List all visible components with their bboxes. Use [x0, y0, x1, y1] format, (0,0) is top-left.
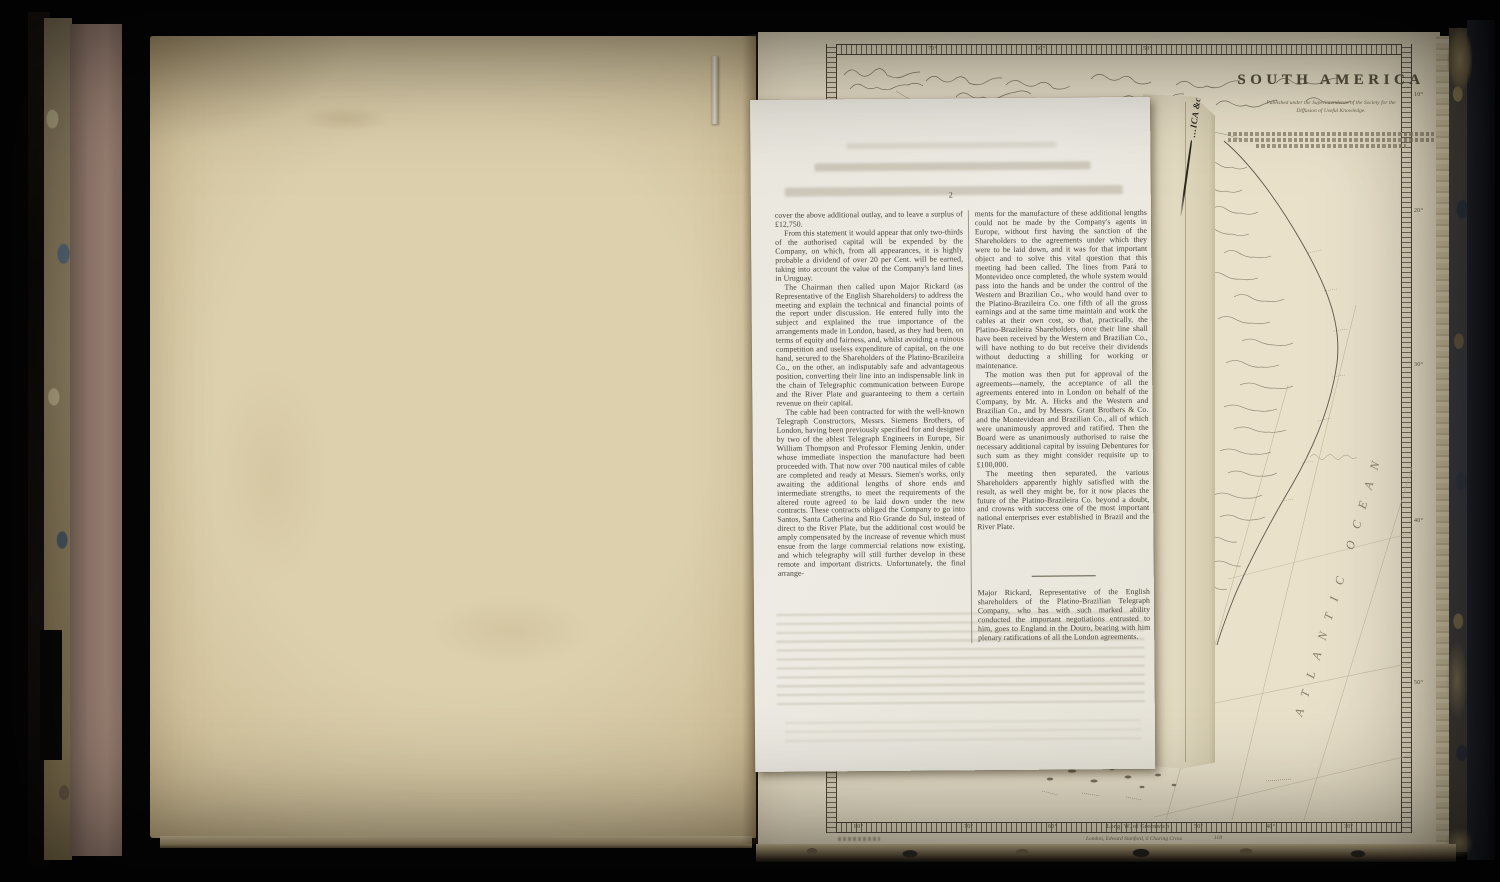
- map-imprint-publisher: London, Edward Stanford, 6 Charing Cross: [1054, 836, 1214, 842]
- longitude-label: 60°: [1048, 824, 1057, 830]
- clipping-right-upper: ments for the manufacture of these addit…: [975, 209, 1150, 533]
- show-through-text: [776, 611, 1145, 712]
- greenwich-caption: Long. W. of Greenwich: [1088, 824, 1188, 830]
- protruding-page-edge: [711, 56, 718, 124]
- map-legend-microtext: [1228, 138, 1434, 142]
- map-border-top: [836, 44, 1412, 55]
- map-plate-number: 118: [1214, 835, 1222, 841]
- map-legend-microtext: [1228, 132, 1434, 136]
- page-stain: [210, 366, 330, 586]
- clipping-columns: cover the above additional outlay, and t…: [775, 209, 1150, 645]
- longitude-label: 40°: [1266, 824, 1275, 830]
- column-divider: [968, 210, 972, 643]
- longitude-label: 80°: [854, 824, 863, 830]
- longitude-label: 70°: [928, 46, 937, 52]
- left-page-top-edge: [168, 24, 728, 38]
- clipping-column-left: cover the above additional outlay, and t…: [775, 210, 966, 644]
- map-subtitle: Published under the Superintendence of t…: [1216, 100, 1446, 106]
- map-imprint-left: [838, 837, 880, 841]
- latitude-label: 10°: [1414, 92, 1423, 98]
- latitude-label: 50°: [1414, 680, 1423, 686]
- map-title: SOUTH AMERICA: [1226, 72, 1436, 89]
- right-page-top-edge: [760, 22, 1432, 34]
- left-cover-gap: [40, 630, 62, 760]
- latitude-label: 40°: [1414, 518, 1423, 524]
- map-subtitle: Diffusion of Useful Knowledge.: [1216, 108, 1446, 114]
- longitude-label: 60°: [1036, 46, 1045, 52]
- right-page-bottom-edge: [756, 844, 1456, 862]
- section-rule: [1032, 576, 1096, 578]
- longitude-label: 70°: [964, 824, 973, 830]
- left-blank-page: [150, 36, 756, 838]
- latitude-label: 20°: [1414, 208, 1423, 214]
- longitude-label: 50°: [1143, 46, 1152, 52]
- longitude-label: 50°: [1194, 824, 1203, 830]
- left-page-block-edges: [120, 30, 154, 852]
- book-photo-stage: 70° 60° 50° 80° 70° 60° 50° 40° 30° Long…: [0, 0, 1500, 882]
- left-cover-turn-in: [70, 24, 122, 856]
- clipping-column-right: ments for the manufacture of these addit…: [975, 209, 1151, 643]
- worn-cover-patch: [1446, 640, 1468, 720]
- map-legend-microtext: [1256, 144, 1406, 148]
- latitude-label: 30°: [1414, 362, 1423, 368]
- page-corner-shading: [150, 36, 370, 166]
- show-through-text: [785, 719, 1141, 748]
- page-stain: [300, 106, 390, 132]
- show-through-heading: [846, 142, 1056, 150]
- brazil-coastline: [1217, 141, 1338, 645]
- page-stain: [430, 596, 590, 666]
- longitude-label: 30°: [1344, 824, 1353, 830]
- rio-script-label: [1310, 455, 1357, 460]
- coast-microlabels: [1282, 250, 1347, 501]
- left-page-bottom-edge: [160, 836, 752, 848]
- newspaper-clipping: 2 cover the above additional outlay, and…: [750, 97, 1155, 772]
- clipping-page-number: 2: [751, 189, 1151, 201]
- show-through-heading: [815, 161, 1091, 171]
- right-cover-edge: [1467, 20, 1495, 860]
